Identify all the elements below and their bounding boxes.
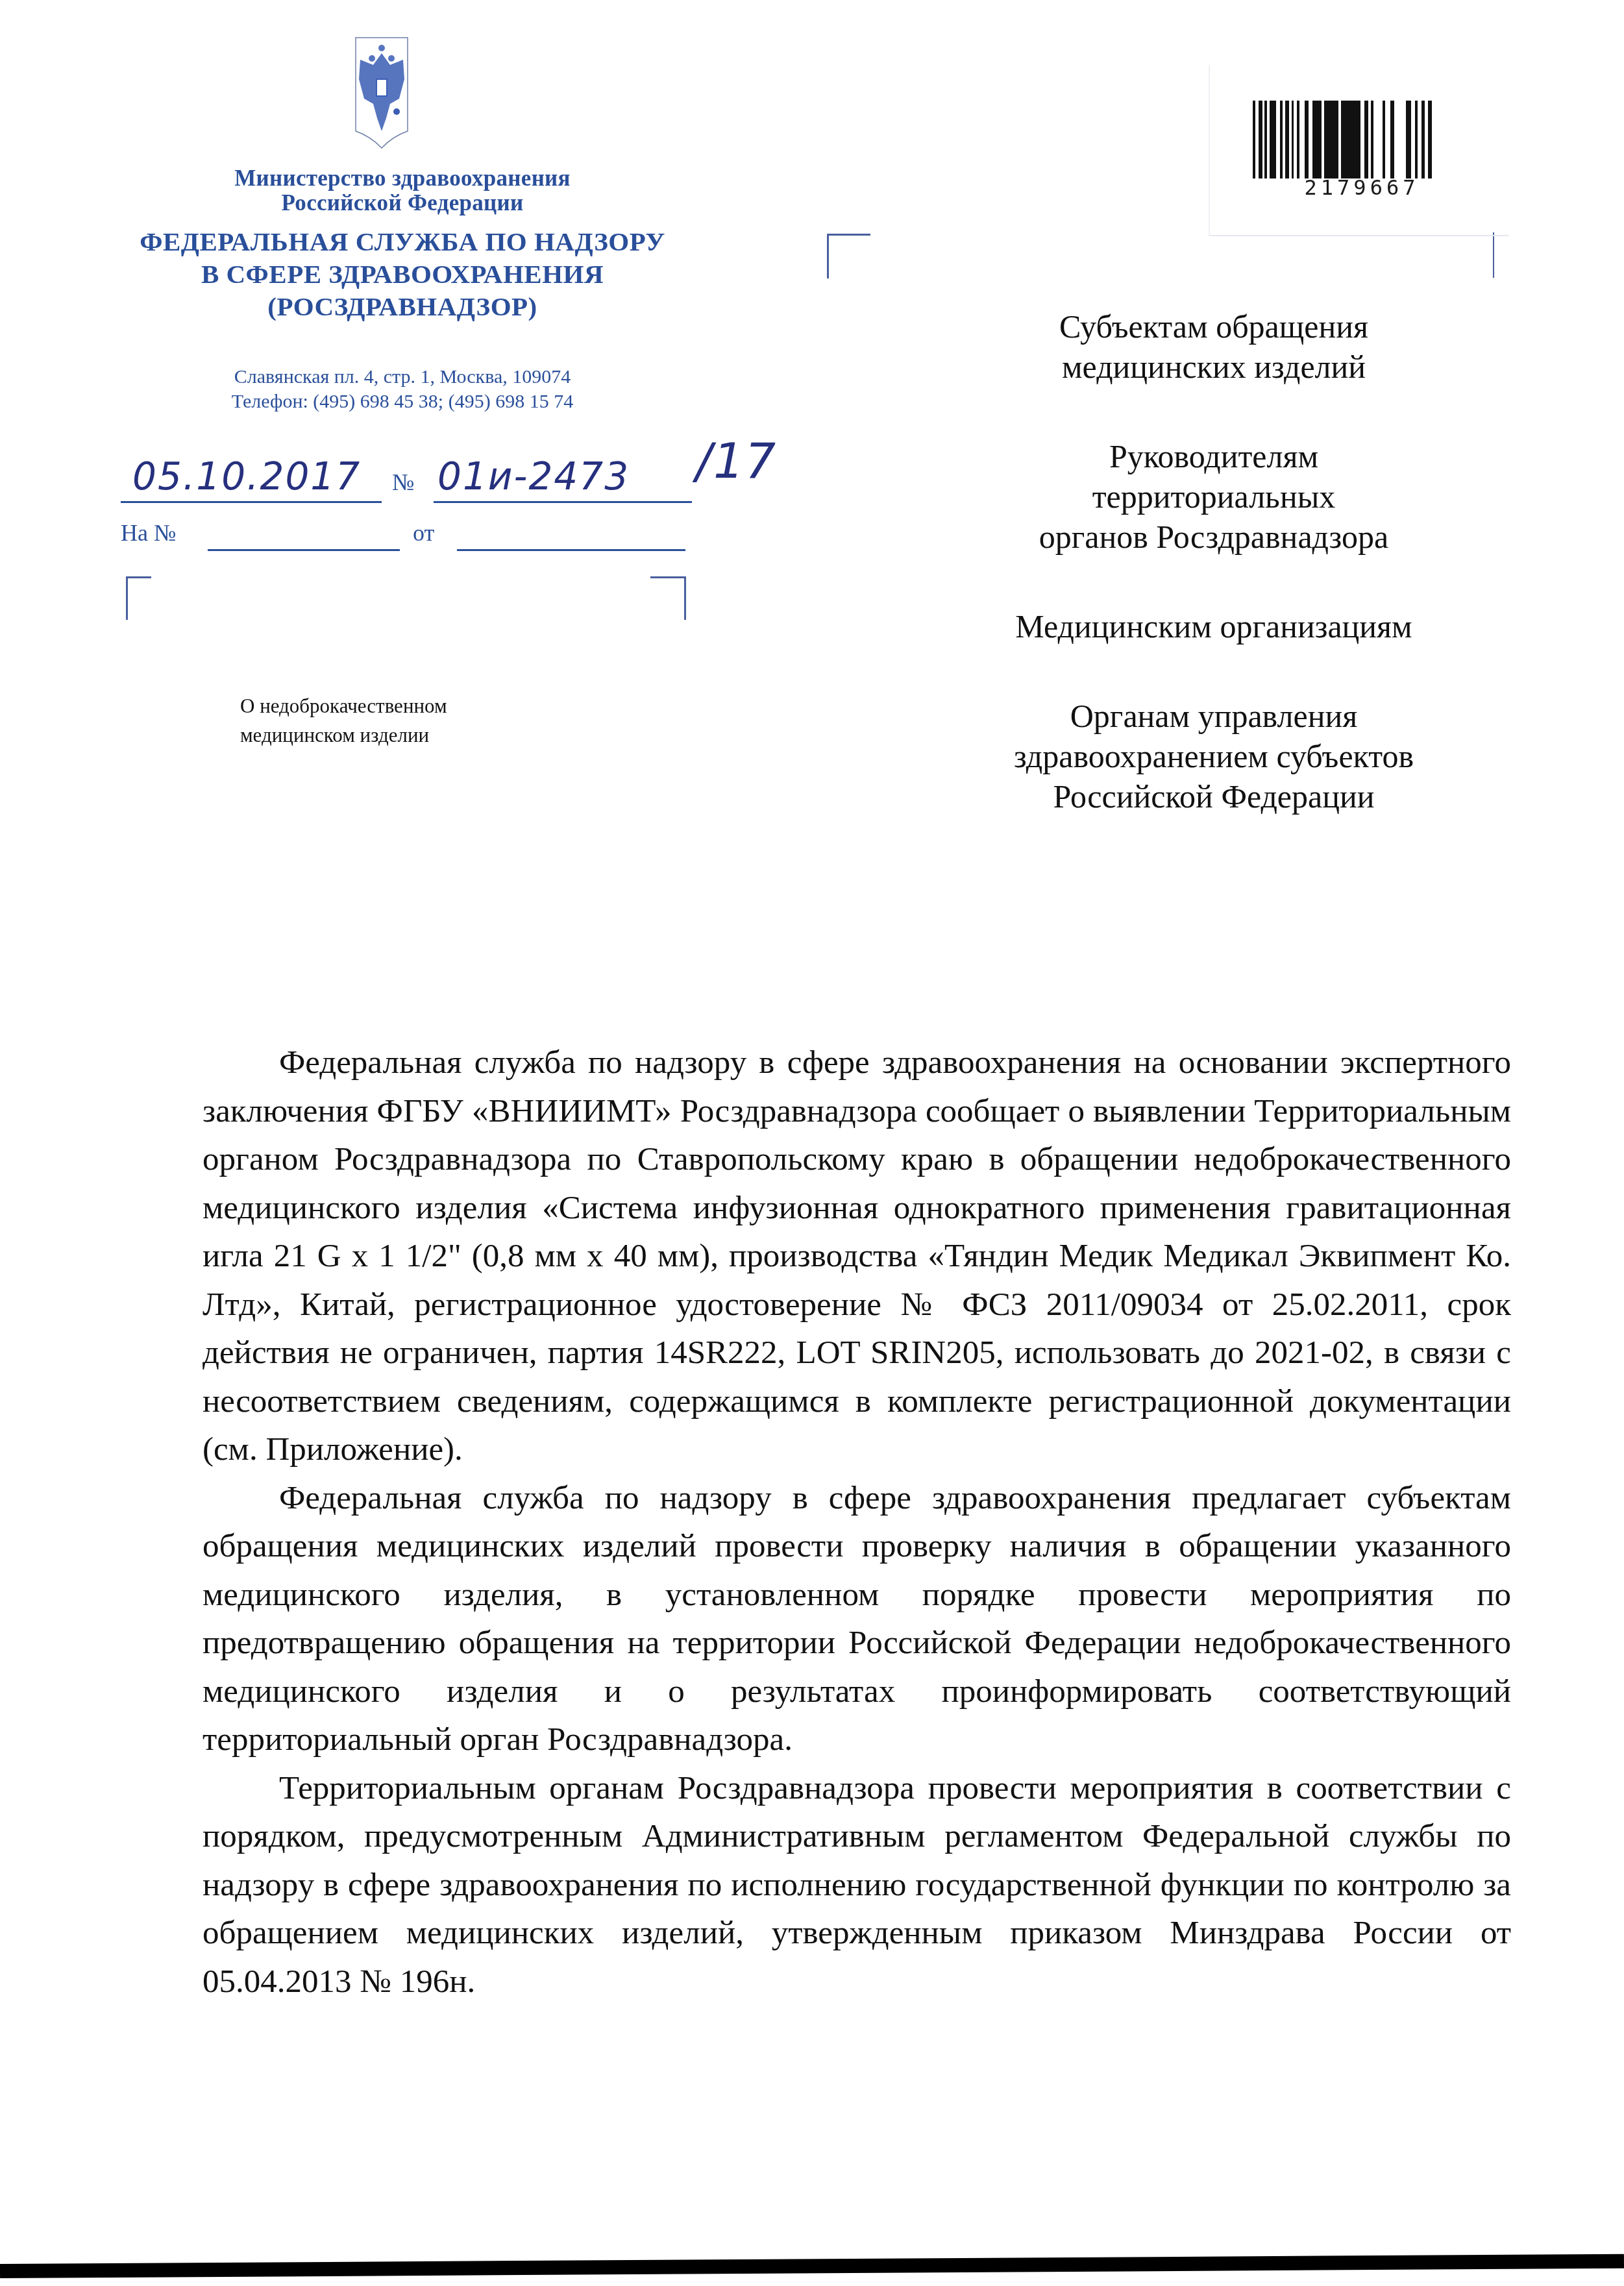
corner-bracket-top-right <box>650 576 686 620</box>
number-field: 01и-2473 <box>434 454 692 503</box>
phone: Телефон: (495) 698 45 38; (495) 698 15 7… <box>130 389 675 414</box>
addressee-4: Органам управления здравоохранением субъ… <box>922 696 1506 817</box>
barcode-number: 2179667 <box>1284 175 1440 200</box>
addressee-3: Медицинским организациям <box>922 606 1506 646</box>
reply-from-date-field <box>457 524 685 551</box>
letter-subject: О недоброкачественном медицинском издели… <box>240 691 447 750</box>
registration-date: 05.10.2017 <box>132 454 361 498</box>
ministry-name-line2: Российской Федерации <box>130 190 675 216</box>
address: Славянская пл. 4, стр. 1, Москва, 109074 <box>130 365 675 389</box>
body-paragraph: Федеральная служба по надзору в сфере зд… <box>203 1474 1511 1764</box>
reply-to-label: На № <box>121 519 176 547</box>
service-name-line3: (РОСЗДРАВНАДЗОР) <box>104 291 701 322</box>
body-paragraph: Территориальным органам Росздравнадзора … <box>203 1764 1511 2006</box>
service-name-line2: В СФЕРЕ ЗДРАВООХРАНЕНИЯ <box>104 258 701 289</box>
date-field: 05.10.2017 <box>121 454 382 503</box>
addressee-bracket-left <box>827 234 870 278</box>
letter-body: Федеральная служба по надзору в сфере зд… <box>203 1039 1511 2006</box>
reply-from-label: от <box>413 519 434 547</box>
scan-edge-divider <box>0 2254 1624 2278</box>
service-name-line1: ФЕДЕРАЛЬНАЯ СЛУЖБА ПО НАДЗОРУ <box>104 226 701 257</box>
registration-number-suffix: /17 <box>696 434 777 489</box>
addressee-bracket-right <box>1486 232 1494 278</box>
registration-number: 01и-2473 <box>437 454 630 498</box>
addressee-block: Субъектам обращения медицинских изделий … <box>922 306 1506 866</box>
ministry-name-line1: Министерство здравоохранения <box>130 166 675 191</box>
number-label: № <box>392 469 414 496</box>
barcode-icon <box>1253 101 1434 178</box>
corner-bracket-top-left <box>126 576 151 620</box>
coat-of-arms-icon <box>354 34 410 149</box>
reply-to-number-field <box>208 524 400 551</box>
body-paragraph: Федеральная служба по надзору в сфере зд… <box>203 1039 1511 1474</box>
addressee-2: Руководителям территориальных органов Ро… <box>922 436 1506 557</box>
addressee-1: Субъектам обращения медицинских изделий <box>922 306 1506 387</box>
